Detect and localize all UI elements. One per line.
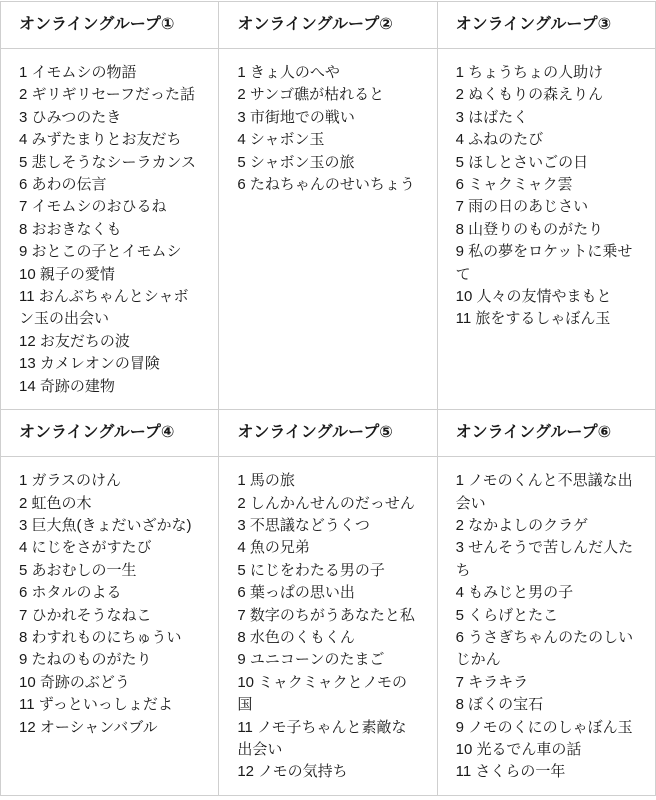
- list-item: 10 ミャクミャクとノモの国: [237, 672, 419, 717]
- list-item: 1 イモムシの物語: [19, 62, 201, 84]
- list-item: 9 たねのものがたり: [19, 649, 201, 671]
- list-item: 7 数字のちがうあなたと私: [237, 605, 419, 627]
- group-3-items: 1 ちょうちょの人助け2 ぬくもりの森えりん3 はばたく4 ふねのたび5 ほしと…: [437, 49, 655, 410]
- list-item: 11 ノモ子ちゃんと素敵な出会い: [237, 717, 419, 762]
- list-item: 10 光るでん車の話: [456, 739, 638, 761]
- list-item: 2 虹色の木: [19, 493, 201, 515]
- list-item: 11 ずっといっしょだよ: [19, 694, 201, 716]
- group-3-header: オンライングループ③: [437, 2, 655, 49]
- list-item: 4 ふねのたび: [456, 129, 638, 151]
- list-item: 5 くらげとたこ: [456, 605, 638, 627]
- list-item: 9 おとこの子とイモムシ: [19, 241, 201, 263]
- list-item: 1 ノモのくんと不思議な出会い: [456, 470, 638, 515]
- list-item: 6 たねちゃんのせいちょう: [237, 174, 419, 196]
- list-item: 11 さくらの一年: [456, 761, 638, 783]
- group-4-items: 1 ガラスのけん2 虹色の木3 巨大魚(きょだいざかな)4 にじをさがすたび5 …: [1, 457, 219, 796]
- list-item: 6 ホタルのよる: [19, 582, 201, 604]
- group-1-header: オンライングループ①: [1, 2, 219, 49]
- list-item: 4 にじをさがすたび: [19, 537, 201, 559]
- list-item: 3 ひみつのたき: [19, 107, 201, 129]
- group-6-title: オンライングループ⑥: [456, 424, 611, 441]
- list-item: 3 はばたく: [456, 107, 638, 129]
- list-item: 7 イモムシのおひるね: [19, 196, 201, 218]
- list-item: 9 ユニコーンのたまご: [237, 649, 419, 671]
- content-row-2: 1 ガラスのけん2 虹色の木3 巨大魚(きょだいざかな)4 にじをさがすたび5 …: [1, 457, 656, 796]
- list-item: 2 なかよしのクラゲ: [456, 515, 638, 537]
- list-item: 5 あおむしの一生: [19, 560, 201, 582]
- group-2-title: オンライングループ②: [237, 16, 392, 33]
- list-item: 1 ちょうちょの人助け: [456, 62, 638, 84]
- list-item: 1 ガラスのけん: [19, 470, 201, 492]
- group-5-header: オンライングループ⑤: [219, 410, 437, 457]
- list-item: 1 きょ人のへや: [237, 62, 419, 84]
- content-row-1: 1 イモムシの物語2 ギリギリセーフだった話3 ひみつのたき4 みずたまりとお友…: [1, 49, 656, 410]
- list-item: 8 水色のくもくん: [237, 627, 419, 649]
- list-item: 4 みずたまりとお友だち: [19, 129, 201, 151]
- list-item: 9 ノモのくにのしゃぼん玉: [456, 717, 638, 739]
- group-4-header: オンライングループ④: [1, 410, 219, 457]
- list-item: 9 私の夢をロケットに乗せて: [456, 241, 638, 286]
- list-item: 10 奇跡のぶどう: [19, 672, 201, 694]
- group-2-items: 1 きょ人のへや2 サンゴ礁が枯れると3 市街地での戦い4 シャボン玉5 シャボ…: [219, 49, 437, 410]
- group-5-items: 1 馬の旅2 しんかんせんのだっせん3 不思議などうくつ4 魚の兄弟5 にじをわ…: [219, 457, 437, 796]
- list-item: 5 悲しそうなシーラカンス: [19, 152, 201, 174]
- group-1-items: 1 イモムシの物語2 ギリギリセーフだった話3 ひみつのたき4 みずたまりとお友…: [1, 49, 219, 410]
- header-row-2: オンライングループ④ オンライングループ⑤ オンライングループ⑥: [1, 410, 656, 457]
- list-item: 7 雨の日のあじさい: [456, 196, 638, 218]
- online-groups-table: オンライングループ① オンライングループ② オンライングループ③ 1 イモムシの…: [0, 1, 656, 796]
- header-row-1: オンライングループ① オンライングループ② オンライングループ③: [1, 2, 656, 49]
- group-4-title: オンライングループ④: [19, 424, 174, 441]
- list-item: 6 葉っぱの思い出: [237, 582, 419, 604]
- list-item: 2 サンゴ礁が枯れると: [237, 84, 419, 106]
- list-item: 6 あわの伝言: [19, 174, 201, 196]
- list-item: 12 お友だちの波: [19, 331, 201, 353]
- group-6-items: 1 ノモのくんと不思議な出会い2 なかよしのクラゲ3 せんそうで苦しんだ人たち4…: [437, 457, 655, 796]
- list-item: 6 うさぎちゃんのたのしいじかん: [456, 627, 638, 672]
- list-item: 11 旅をするしゃぼん玉: [456, 308, 638, 330]
- list-item: 4 シャボン玉: [237, 129, 419, 151]
- group-6-header: オンライングループ⑥: [437, 410, 655, 457]
- group-1-title: オンライングループ①: [19, 16, 174, 33]
- list-item: 2 ギリギリセーフだった話: [19, 84, 201, 106]
- list-item: 8 ぼくの宝石: [456, 694, 638, 716]
- list-item: 8 わすれものにちゅうい: [19, 627, 201, 649]
- list-item: 5 ほしとさいごの日: [456, 152, 638, 174]
- list-item: 5 シャボン玉の旅: [237, 152, 419, 174]
- group-5-title: オンライングループ⑤: [237, 424, 392, 441]
- list-item: 7 キラキラ: [456, 672, 638, 694]
- list-item: 3 せんそうで苦しんだ人たち: [456, 537, 638, 582]
- group-3-title: オンライングループ③: [456, 16, 611, 33]
- list-item: 7 ひかれそうなねこ: [19, 605, 201, 627]
- list-item: 1 馬の旅: [237, 470, 419, 492]
- list-item: 12 ノモの気持ち: [237, 761, 419, 783]
- list-item: 12 オーシャンバブル: [19, 717, 201, 739]
- list-item: 10 人々の友情やまもと: [456, 286, 638, 308]
- list-item: 4 もみじと男の子: [456, 582, 638, 604]
- list-item: 4 魚の兄弟: [237, 537, 419, 559]
- list-item: 3 巨大魚(きょだいざかな): [19, 515, 201, 537]
- group-2-header: オンライングループ②: [219, 2, 437, 49]
- list-item: 11 おんぶちゃんとシャボン玉の出会い: [19, 286, 201, 331]
- list-item: 5 にじをわたる男の子: [237, 560, 419, 582]
- list-item: 10 親子の愛情: [19, 264, 201, 286]
- list-item: 14 奇跡の建物: [19, 376, 201, 398]
- list-item: 8 おおきなくも: [19, 219, 201, 241]
- list-item: 3 不思議などうくつ: [237, 515, 419, 537]
- list-item: 6 ミャクミャク雲: [456, 174, 638, 196]
- list-item: 8 山登りのものがたり: [456, 219, 638, 241]
- list-item: 13 カメレオンの冒険: [19, 353, 201, 375]
- list-item: 2 しんかんせんのだっせん: [237, 493, 419, 515]
- list-item: 3 市街地での戦い: [237, 107, 419, 129]
- list-item: 2 ぬくもりの森えりん: [456, 84, 638, 106]
